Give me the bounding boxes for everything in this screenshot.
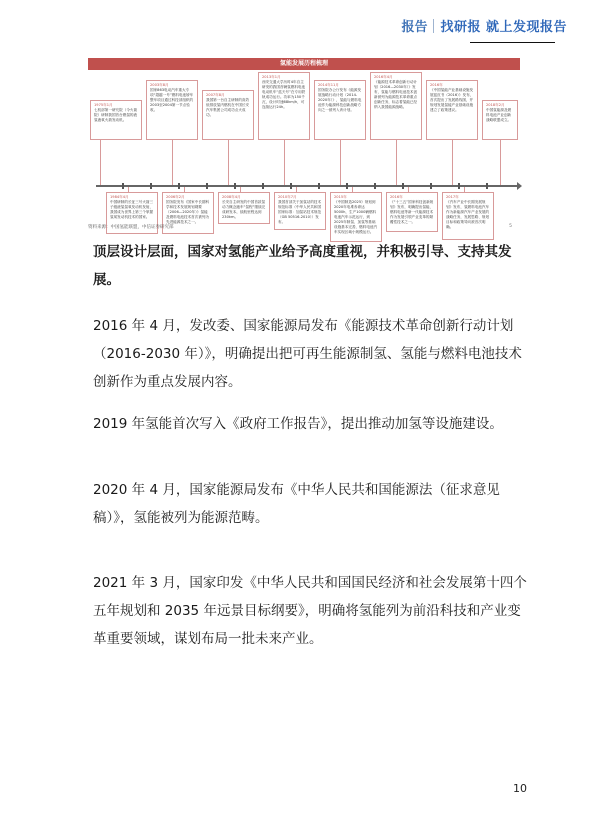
brand-slogan: 找研报 就上发现报告	[440, 16, 567, 35]
figure-page-marker: 5	[509, 224, 512, 229]
axis-tick	[318, 183, 320, 189]
page-header-brand: 报告 找研报 就上发现报告	[401, 16, 567, 35]
timeline-event-top: 2018年2月 中国氢能源及燃料电池产业创新战略联盟成立。	[482, 100, 518, 140]
timeline-event-top: 2013年1月 西安交通大学历时4年自主研发的我国首辆氢燃料电池电动机车“蓝天号…	[258, 72, 310, 140]
paragraph: 2016 年 4 月，发改委、国家能源局发布《能源技术革命创新行动计划（2016…	[93, 312, 533, 396]
timeline-connector	[172, 140, 173, 185]
brand-divider	[433, 19, 434, 33]
timeline-connector	[500, 140, 501, 185]
axis-tick	[486, 183, 488, 189]
page-number: 10	[513, 782, 527, 795]
axis-tick	[122, 183, 124, 189]
timeline-event-bottom: 2016年 《“十三五”国家科技创新规划》发布，明确提出氢能、燃料电池等新一代能…	[386, 192, 438, 232]
timeline-connector	[100, 140, 101, 185]
timeline-connector	[452, 140, 453, 185]
timeline-event-top: 2014年11月 国务院办公厅发布《能源发展战略行动计划（2014-2020年）…	[314, 80, 366, 140]
timeline-connector	[228, 140, 229, 185]
axis-tick	[430, 183, 432, 189]
axis-tick	[346, 183, 348, 189]
brand-logo: 报告	[401, 16, 427, 35]
figure-title: 氢能发展历程梳理	[88, 58, 520, 70]
timeline-connector	[284, 140, 285, 185]
timeline-connector	[396, 140, 397, 185]
paragraph: 2019 年氢能首次写入《政府工作报告》，提出推动加氢等设施建设。	[93, 410, 533, 438]
timeline-event-top: 2007年8月 我国第一台自主研制的高效低排放氢内燃机在中国长安汽车集团公司成功…	[202, 90, 254, 140]
axis-tick	[206, 183, 208, 189]
timeline-axis	[96, 185, 518, 187]
axis-tick	[374, 183, 376, 189]
timeline-event-top: 2016年 《中国氢能产业基础设施发展蓝皮书（2016）》发布，首次提出了发展路…	[426, 80, 478, 140]
figure-source: 资料来源：中国氢能联盟，中信证券研究部	[88, 224, 174, 230]
header-rule	[470, 42, 555, 43]
timeline-event-top: 1975年1月 七机部第一研究院（今火箭院）研制我国首台燃氢的液氢液氧火箭发动机…	[90, 100, 142, 140]
timeline-event-top: 2016年4月 《能源技术革命创新行动计划（2016—2030年）》发布，氢能与…	[370, 72, 422, 140]
timeline-event-bottom: 2017年 《汽车产业中长期发展规划》发布，氢燃料电池汽车作为新能源汽车产业发展…	[442, 192, 494, 240]
axis-tick	[290, 183, 292, 189]
axis-tick	[234, 183, 236, 189]
axis-tick	[262, 183, 264, 189]
timeline-event-top: 2003年8月 国家863电动汽车重大专项“超越一号”燃料电池轿车整车项目通过科…	[146, 80, 198, 140]
paragraph: 2021 年 3 月，国家印发《中华人民共和国国民经济和社会发展第十四个五年规划…	[93, 569, 533, 653]
axis-tick	[150, 183, 152, 189]
timeline-event-bottom: 2010年7月 我国首部关于加氢站的技术规范标准（中华人民共和国国家标准：加氢站…	[274, 192, 326, 230]
section-heading: 顶层设计层面，国家对氢能产业给予高度重视，并积极引导、支持其发展。	[93, 238, 533, 294]
timeline-connector	[340, 140, 341, 185]
paragraph: 2020 年 4 月，国家能源局发布《中华人民共和国能源法（征求意见稿）》，氢能…	[93, 476, 533, 532]
axis-arrow-icon	[517, 182, 522, 190]
axis-tick	[402, 183, 404, 189]
axis-tick	[178, 183, 180, 189]
timeline-event-bottom: 2008年4月 长安自主研发的中国首款氢动力概念跑车“氢程”继续完成研发本，续航…	[218, 192, 270, 224]
axis-tick	[458, 183, 460, 189]
timeline-event-bottom: 2015年 《中国制造2025》规划到2020年电堆寿命达5000h，生产100…	[330, 192, 382, 242]
hydrogen-timeline-figure: 氢能发展历程梳理 1975年1月 七机部第一研究院（今火箭院）研制我国首台燃氢的…	[88, 58, 520, 228]
